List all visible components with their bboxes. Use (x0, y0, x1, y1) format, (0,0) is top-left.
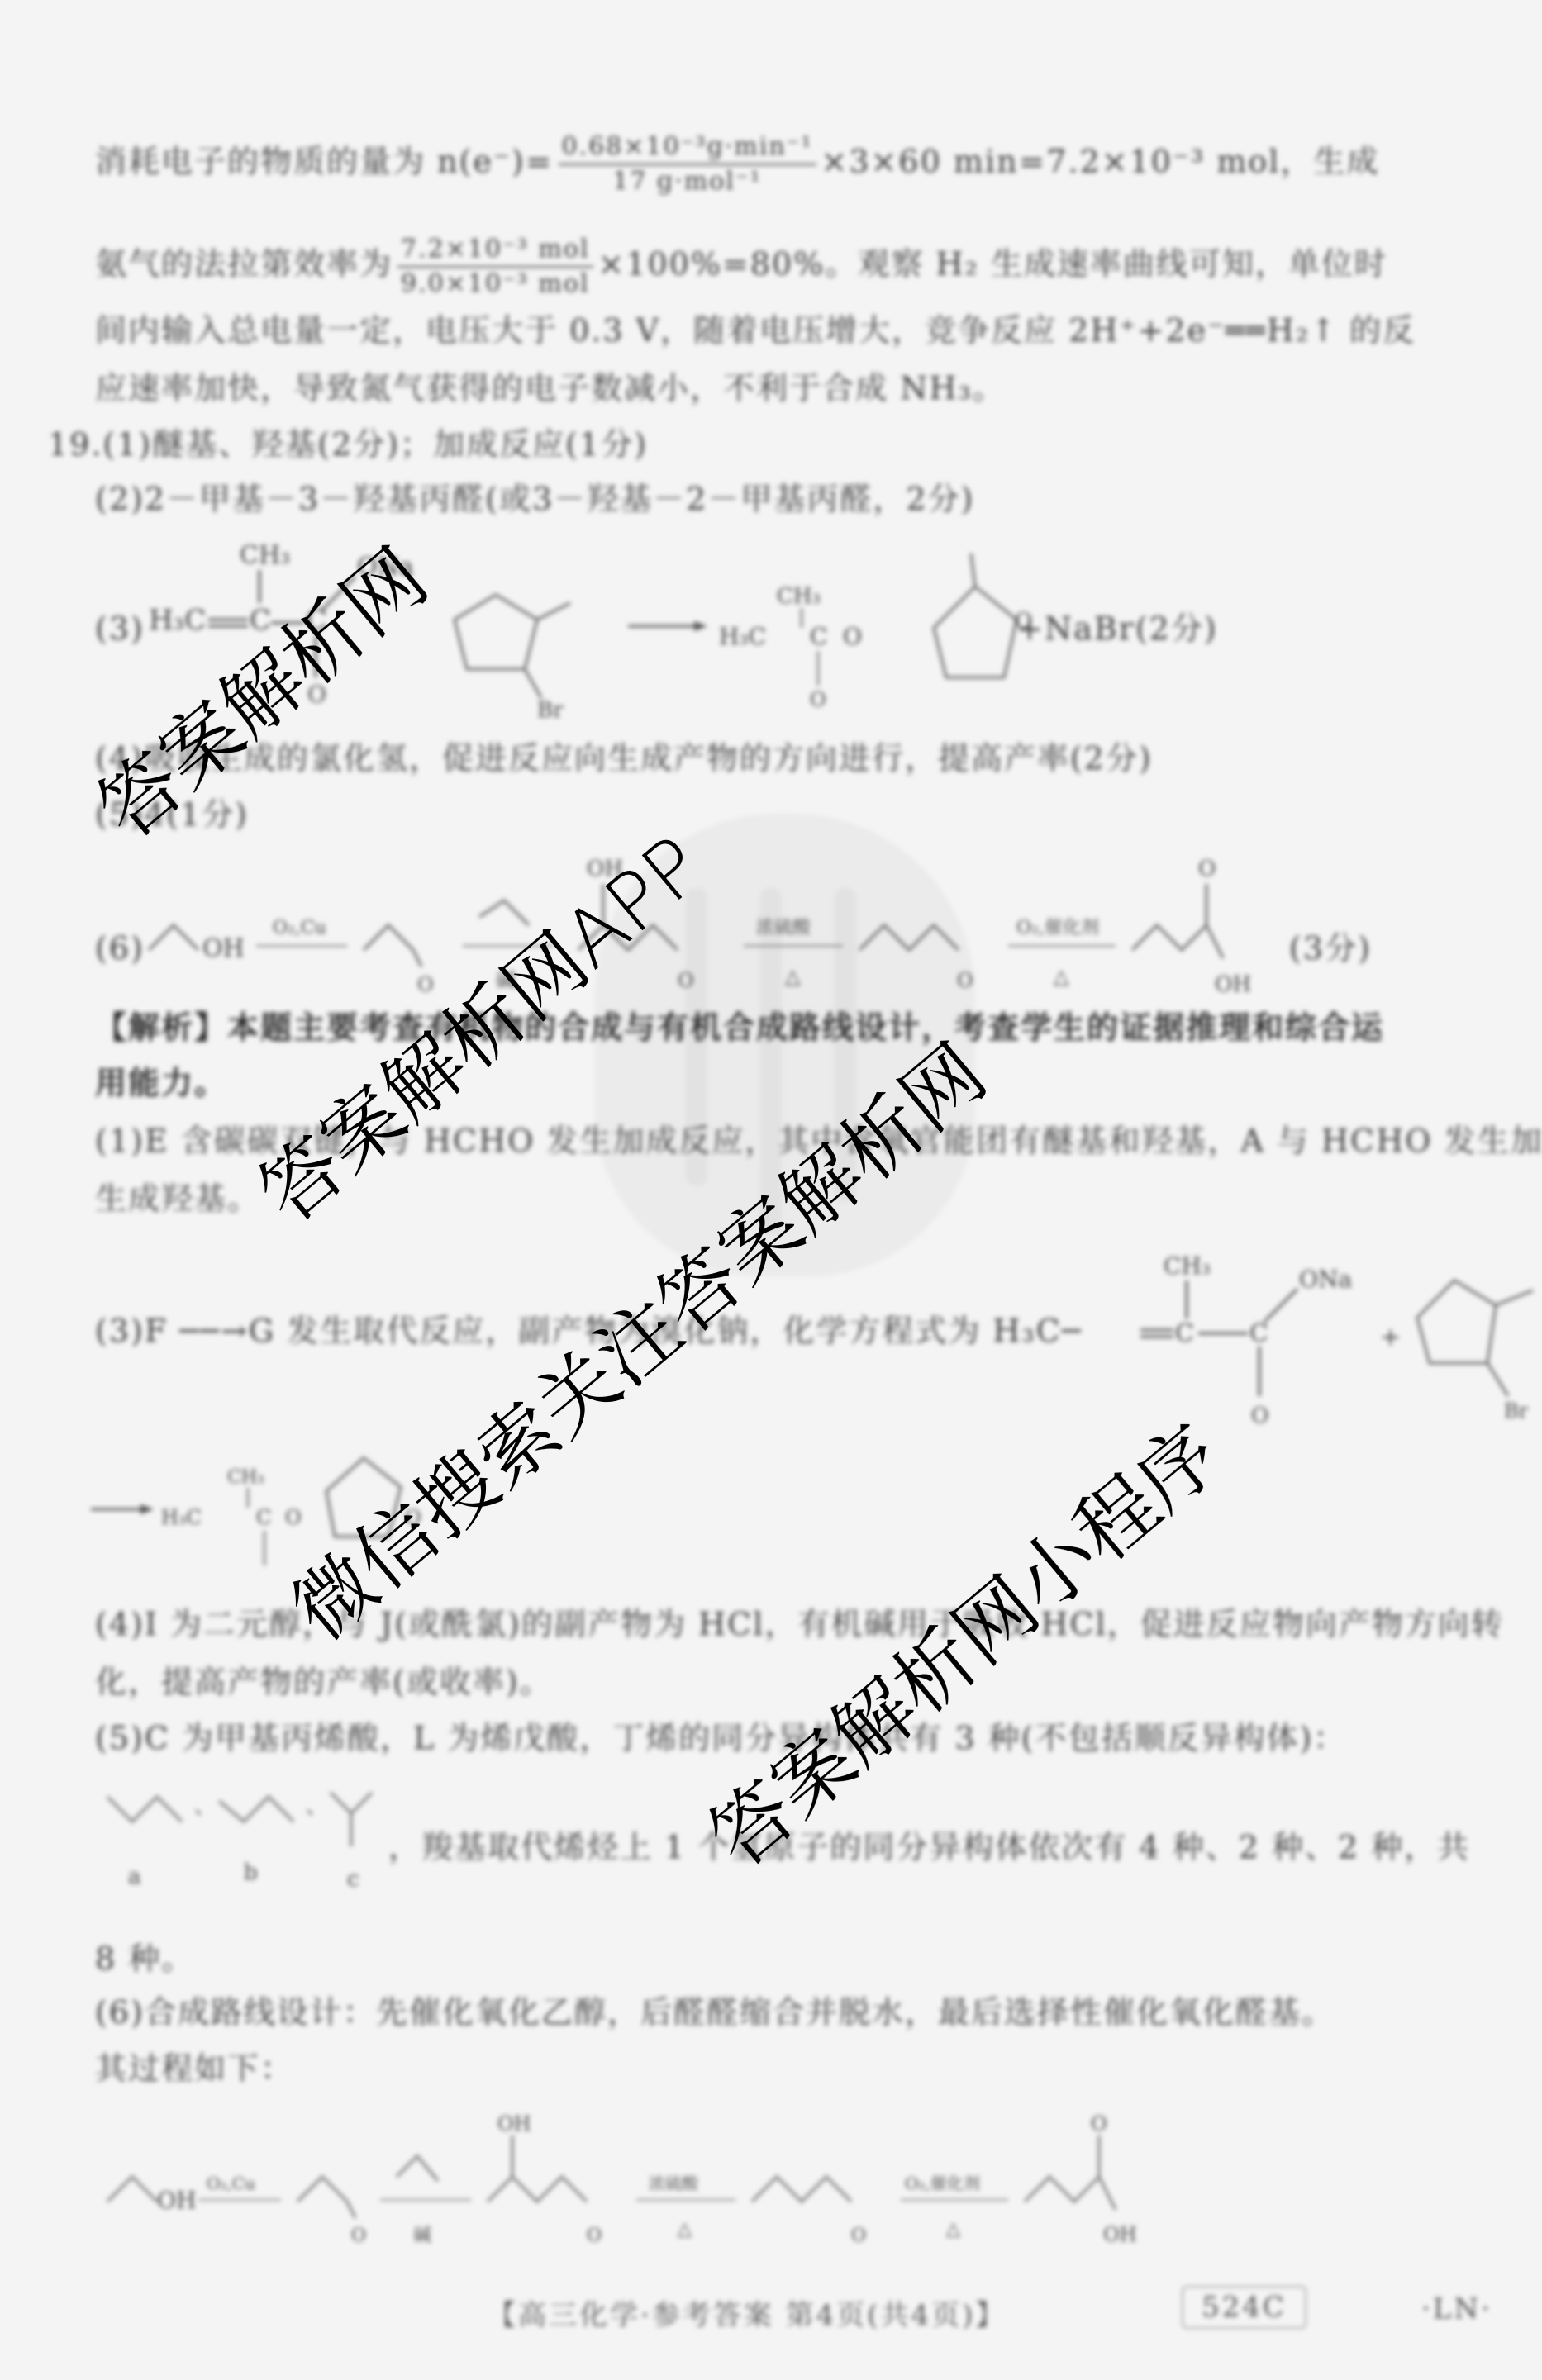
svg-text:O₂,催化剂: O₂,催化剂 (905, 2173, 980, 2193)
svg-text:O: O (587, 2226, 602, 2246)
text: ×3×60 min=7.2×10⁻³ mol，生成 (821, 144, 1380, 180)
svg-text:O: O (1198, 857, 1216, 881)
answer-19-6-tail: (3分) (1289, 927, 1372, 970)
svg-text:O: O (417, 973, 434, 996)
svg-text:CH₃: CH₃ (227, 1467, 264, 1488)
svg-text:O: O (851, 2226, 866, 2246)
analysis-line: 其过程如下： (95, 2047, 1502, 2090)
svg-text:O: O (843, 623, 862, 650)
svg-text:C: C (256, 1506, 271, 1529)
svg-text:O: O (1251, 1404, 1268, 1428)
answer-19-2: (2)2－甲基－3－羟基丙醛(或3－羟基－2－甲基丙醛，2分) (95, 477, 1502, 520)
svg-text:O: O (351, 2226, 366, 2246)
svg-text:c: c (347, 1867, 359, 1892)
svg-text:O: O (1091, 2112, 1107, 2135)
svg-text:△: △ (678, 2219, 692, 2240)
analysis-line: ，羧基取代烯烃上 1 个氢原子的同分异构体依次有 4 种、2 种、2 种，共 (388, 1826, 1502, 1869)
svg-text:、: 、 (194, 1794, 216, 1819)
butene-isomers: 、 、 a b c (103, 1780, 384, 1899)
answer-19-1: 19.(1)醚基、羟基(2分)；加成反应(1分) (48, 423, 1502, 466)
footer-region: ·LN· (1421, 2292, 1492, 2325)
answer-19-4: (4)吸收生成的氯化氢，促进反应向生成产物的方向进行，提高产率(2分) (95, 737, 1502, 780)
svg-text:H₃C: H₃C (719, 623, 766, 650)
analysis-line: 8 种。 (95, 1937, 1502, 1980)
svg-text:△: △ (946, 2219, 960, 2240)
svg-text:、: 、 (306, 1794, 327, 1819)
svg-text:△: △ (1054, 965, 1069, 988)
text-line: 间内输入总电量一定，电压大于 0.3 V，随着电压增大，竞争反应 2H⁺+2e⁻… (95, 309, 1502, 352)
svg-text:△: △ (785, 965, 801, 988)
page-footer: 【高三化学·参考答案 第4页(共4页)】 524C ·LN· (488, 2292, 1006, 2333)
analysis-line: (6)合成路线设计：先催化氧化乙醇，后醛醛缩合并脱水，最后选择性催化氧化醛基。 (95, 1991, 1502, 2034)
svg-text:C: C (810, 623, 827, 650)
svg-text:+: + (1380, 1323, 1401, 1352)
answer-19-3-tail: +NaBr(2分) (1016, 607, 1218, 650)
svg-text:ONa: ONa (1299, 1266, 1352, 1293)
svg-text:浓硫酸: 浓硫酸 (649, 2173, 699, 2193)
svg-text:O: O (678, 969, 694, 992)
svg-text:O₂,催化剂: O₂,催化剂 (1016, 918, 1099, 938)
synthesis-route-final: OH O₂,Cu O 碱 OH O 浓硫酸 △ O O₂,催化剂 △ O OH (107, 2111, 1306, 2263)
svg-text:CH₃: CH₃ (777, 584, 821, 609)
svg-text:O₂,Cu: O₂,Cu (273, 918, 326, 938)
svg-text:OH: OH (1103, 2223, 1137, 2246)
svg-text:CH₃: CH₃ (1164, 1252, 1211, 1280)
analysis-heading: 【解析】本题主要考查有机物的合成与有机合成路线设计，考查学生的证据推理和综合运 (95, 1006, 1502, 1049)
svg-text:Br: Br (537, 698, 564, 723)
svg-text:CH₃: CH₃ (240, 541, 290, 570)
svg-text:O: O (810, 688, 826, 711)
reaction-reactants-analysis: C CH₃ C ONa O + Br (1140, 1239, 1537, 1441)
svg-text:OH: OH (157, 2187, 196, 2214)
svg-text:碱: 碱 (413, 2226, 431, 2246)
fraction: 7.2×10⁻³ mol9.0×10⁻³ mol (397, 233, 593, 301)
analysis-line: 化，提高产物的产率(或收率)。 (95, 1660, 1502, 1703)
svg-text:C: C (1249, 1319, 1268, 1348)
text: 消耗电子的物质的量为 n(e⁻)= (95, 144, 554, 180)
svg-text:b: b (244, 1860, 258, 1885)
svg-text:OH: OH (202, 934, 245, 963)
svg-text:OH: OH (1215, 972, 1251, 997)
synthesis-route-q6: OH O₂,Cu O 碱 OH O 浓硫酸 △ O O₂,催化剂 △ O OH (149, 851, 1471, 1019)
svg-text:C: C (1175, 1319, 1194, 1348)
text-line: 应速率加快，导致氮气获得的电子数减小，不利于合成 NH₃。 (95, 367, 1502, 410)
text-line: 消耗电子的物质的量为 n(e⁻)=0.68×10⁻³g·min⁻¹17 g·mo… (95, 131, 1502, 198)
footer-code: 524C (1182, 2286, 1306, 2329)
answer-19-5: (5)4(1分) (95, 793, 1502, 836)
svg-text:H₃C: H₃C (161, 1506, 202, 1529)
text-line: 氨气的法拉第效率为7.2×10⁻³ mol9.0×10⁻³ mol×100%=8… (95, 233, 1502, 301)
footer-page-info: 【高三化学·参考答案 第4页(共4页)】 (488, 2299, 1006, 2332)
fraction: 0.68×10⁻³g·min⁻¹17 g·mol⁻¹ (559, 131, 816, 198)
svg-text:O₂,Cu: O₂,Cu (207, 2173, 255, 2193)
svg-text:O: O (957, 969, 973, 992)
svg-text:OH: OH (497, 2112, 531, 2135)
svg-text:浓硫酸: 浓硫酸 (756, 918, 811, 938)
svg-text:a: a (128, 1865, 141, 1889)
svg-text:H₃C: H₃C (149, 604, 206, 637)
analysis-line: 用能力。 (95, 1062, 1502, 1104)
svg-text:Br: Br (1504, 1399, 1529, 1423)
svg-text:O: O (285, 1506, 302, 1529)
